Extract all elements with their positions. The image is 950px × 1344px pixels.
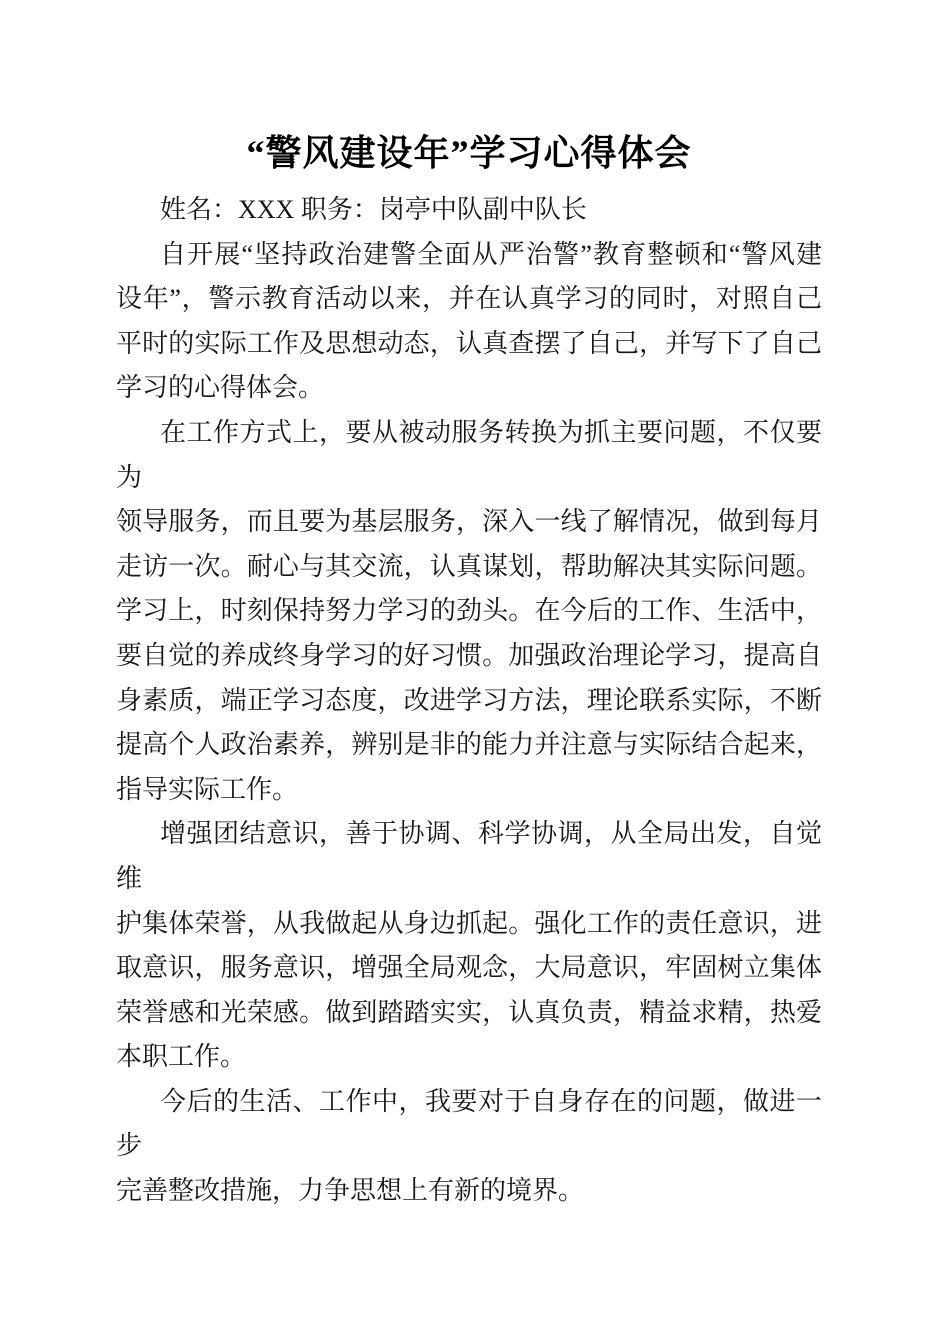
paragraph-line: 设年”，警示教育活动以来，并在认真学习的同时，对照自己 xyxy=(116,277,822,322)
paragraph-line: 要自觉的养成终身学习的好习惯。加强政治理论学习，提高自 xyxy=(116,634,822,679)
paragraph-line: 本职工作。 xyxy=(116,1035,822,1080)
byline: 姓名：XXX 职务：岗亭中队副中队长 xyxy=(116,188,822,233)
paragraph-line: 完善整改措施，力争思想上有新的境界。 xyxy=(116,1169,822,1214)
paragraph-line: 自开展“坚持政治建警全面从严治警”教育整顿和“警风建 xyxy=(116,233,822,278)
paragraph: 在工作方式上，要从被动服务转换为抓主要问题，不仅要为领导服务，而且要为基层服务，… xyxy=(116,411,822,812)
paragraph-line: 取意识，服务意识，增强全局观念，大局意识，牢固树立集体 xyxy=(116,946,822,991)
document-content: “警风建设年”学习心得体会 姓名：XXX 职务：岗亭中队副中队长 自开展“坚持政… xyxy=(116,0,822,1214)
paragraph-line: 护集体荣誉，从我做起从身边抓起。强化工作的责任意识，进 xyxy=(116,902,822,947)
paragraph-line: 今后的生活、工作中，我要对于自身存在的问题，做进一步 xyxy=(116,1080,822,1169)
paragraph-line: 走访一次。耐心与其交流，认真谋划，帮助解决其实际问题。 xyxy=(116,545,822,590)
paragraph: 增强团结意识，善于协调、科学协调，从全局出发，自觉维护集体荣誉，从我做起从身边抓… xyxy=(116,812,822,1080)
paragraph-line: 指导实际工作。 xyxy=(116,768,822,813)
paragraph-line: 在工作方式上，要从被动服务转换为抓主要问题，不仅要为 xyxy=(116,411,822,500)
paragraph-line: 提高个人政治素养，辨别是非的能力并注意与实际结合起来， xyxy=(116,723,822,768)
paragraph-line: 领导服务，而且要为基层服务，深入一线了解情况，做到每月 xyxy=(116,500,822,545)
paragraph-line: 学习上，时刻保持努力学习的劲头。在今后的工作、生活中， xyxy=(116,589,822,634)
paragraph-line: 荣誉感和光荣感。做到踏踏实实，认真负责，精益求精，热爱 xyxy=(116,991,822,1036)
paragraph-line: 身素质，端正学习态度，改进学习方法，理论联系实际，不断 xyxy=(116,679,822,724)
paragraph: 自开展“坚持政治建警全面从严治警”教育整顿和“警风建设年”，警示教育活动以来，并… xyxy=(116,233,822,411)
document-page: “警风建设年”学习心得体会 姓名：XXX 职务：岗亭中队副中队长 自开展“坚持政… xyxy=(0,0,950,1344)
paragraph-line: 学习的心得体会。 xyxy=(116,366,822,411)
paragraph-line: 平时的实际工作及思想动态，认真查摆了自己，并写下了自己 xyxy=(116,322,822,367)
document-body: 自开展“坚持政治建警全面从严治警”教育整顿和“警风建设年”，警示教育活动以来，并… xyxy=(116,233,822,1214)
paragraph-line: 增强团结意识，善于协调、科学协调，从全局出发，自觉维 xyxy=(116,812,822,901)
document-title: “警风建设年”学习心得体会 xyxy=(116,128,822,178)
paragraph: 今后的生活、工作中，我要对于自身存在的问题，做进一步完善整改措施，力争思想上有新… xyxy=(116,1080,822,1214)
